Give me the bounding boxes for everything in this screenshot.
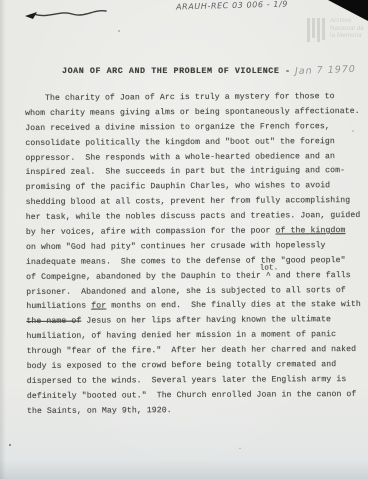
scan-speck bbox=[239, 448, 241, 449]
text-segment: prisoner. Abandoned and alone, she is su… bbox=[26, 286, 346, 297]
handwritten-scribble-mark bbox=[22, 6, 110, 29]
stamp-bars-icon bbox=[307, 18, 325, 42]
handwritten-date: Jan 7 1970 bbox=[294, 64, 355, 77]
text-line: consolidate politically the kingdom and … bbox=[25, 135, 360, 152]
text-segment: her task, while the nobles discuss pacts… bbox=[26, 211, 361, 222]
text-segment: The charity of Joan of Arc is truly a my… bbox=[25, 92, 335, 103]
stamp-line: Nacional de bbox=[330, 26, 364, 34]
text-segment: through "fear of the fire." After her de… bbox=[27, 345, 357, 356]
text-line: whom charity means giving alms or being … bbox=[25, 105, 360, 122]
text-segment: by her voices, afire with compassion for… bbox=[26, 227, 276, 238]
text-segment: inspired zeal. She succeeds in part but … bbox=[25, 167, 345, 178]
text-segment: humiliations bbox=[26, 302, 91, 311]
text-segment: consolidate politically the kingdom and … bbox=[25, 137, 335, 148]
text-segment: the name of bbox=[26, 317, 81, 326]
text-segment: inadequate means. She comes to the defen… bbox=[26, 256, 346, 267]
scan-speck bbox=[118, 30, 120, 32]
archive-code-annotation: ARAUH-REC 03 006 - 1/9 bbox=[176, 0, 288, 12]
text-segment: humiliation, of having denied her missio… bbox=[26, 330, 336, 341]
scan-speck bbox=[9, 444, 11, 446]
scan-speck bbox=[352, 130, 354, 132]
stamp-line: Archivo bbox=[330, 18, 364, 26]
text-line: the Saints, on May 9th, 1920. bbox=[27, 403, 362, 420]
text-segment: of Compeigne, abandoned by the Dauphin t… bbox=[26, 271, 266, 281]
text-segment: promising of the pacific Dauphin Charles… bbox=[26, 182, 331, 193]
scribble-icon bbox=[22, 6, 110, 24]
scanned-document-page: ARAUH-REC 03 006 - 1/9 Archivo Nacional … bbox=[0, 0, 368, 479]
text-segment: oppressor. She responds with a whole-hea… bbox=[25, 152, 335, 163]
text-line: definitely "booted out." The Church enro… bbox=[27, 388, 362, 405]
text-segment: Joan received a divine mission to organi… bbox=[25, 122, 330, 133]
stamp-line: la Memoria bbox=[330, 33, 364, 41]
text-line: Joan received a divine mission to organi… bbox=[25, 120, 360, 137]
text-line: of Compeigne, abandoned by the Dauphin t… bbox=[26, 269, 361, 286]
text-segment: of the kingdom bbox=[276, 226, 346, 235]
text-segment: body is exposed to the crowd before bein… bbox=[27, 360, 337, 371]
text-segment: definitely "booted out." The Church enro… bbox=[27, 390, 357, 401]
text-segment: whom charity means giving alms or being … bbox=[25, 107, 360, 118]
text-line: inadequate means. She comes to the defen… bbox=[26, 254, 361, 271]
text-segment: Jesus on her lips after having known the… bbox=[81, 316, 331, 327]
document-title: JOAN OF ARC AND THE PROBLEM OF VIOLENCE … bbox=[62, 66, 291, 76]
text-segment: dispersed to the winds. Several years la… bbox=[27, 375, 347, 386]
text-segment: shedding blood at all costs, prevent her… bbox=[26, 196, 351, 207]
typed-body: The charity of Joan of Arc is truly a my… bbox=[25, 90, 362, 420]
text-segment: on whom "God had pity" continues her cru… bbox=[26, 241, 326, 252]
stamp-text: Archivo Nacional de la Memoria bbox=[330, 18, 364, 41]
title-row: JOAN OF ARC AND THE PROBLEM OF VIOLENCE … bbox=[62, 60, 356, 78]
text-segment: for bbox=[91, 302, 106, 311]
archive-stamp: Archivo Nacional de la Memoria bbox=[307, 18, 364, 42]
text-segment: months on end. She finally dies at the s… bbox=[106, 300, 361, 311]
text-segment: the Saints, on May 9th, 1920. bbox=[27, 406, 172, 416]
